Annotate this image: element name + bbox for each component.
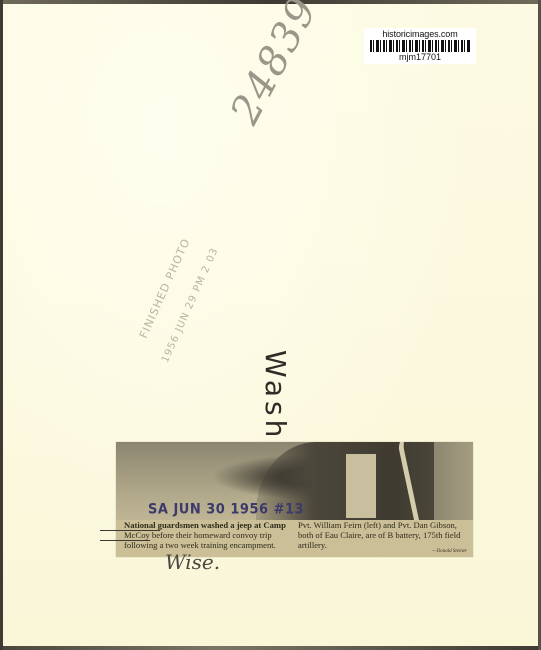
barcode-label: historicimages.com mjm17701 bbox=[364, 28, 476, 64]
caption-left: National guardsmen washed a jeep at Camp… bbox=[124, 520, 296, 550]
scan-edge-top bbox=[0, 0, 541, 4]
scan-edge-bottom bbox=[0, 646, 541, 650]
caption-left-lead: National guardsmen washed a jeep at Camp bbox=[124, 520, 286, 530]
photo-right-panel bbox=[434, 442, 473, 520]
barcode-code: mjm17701 bbox=[364, 52, 476, 62]
handwritten-wash: Wash bbox=[259, 350, 292, 441]
newspaper-clipping: SA JUN 30 1956 #13 National guardsmen wa… bbox=[116, 442, 473, 557]
pen-mark bbox=[100, 540, 150, 541]
scan-edge-left bbox=[0, 0, 3, 650]
date-stamp: SA JUN 30 1956 #13 bbox=[148, 501, 304, 518]
clipping-photo: SA JUN 30 1956 #13 bbox=[116, 442, 473, 520]
caption-right: Pvt. William Feirn (left) and Pvt. Dan G… bbox=[298, 520, 468, 550]
photo-credit: —Donald Steiner bbox=[432, 549, 467, 554]
handwritten-signature: Wise. bbox=[165, 550, 220, 574]
photo-detail bbox=[346, 454, 376, 518]
barcode-icon bbox=[370, 40, 470, 52]
barcode-site: historicimages.com bbox=[364, 29, 476, 39]
pen-mark bbox=[100, 530, 160, 531]
